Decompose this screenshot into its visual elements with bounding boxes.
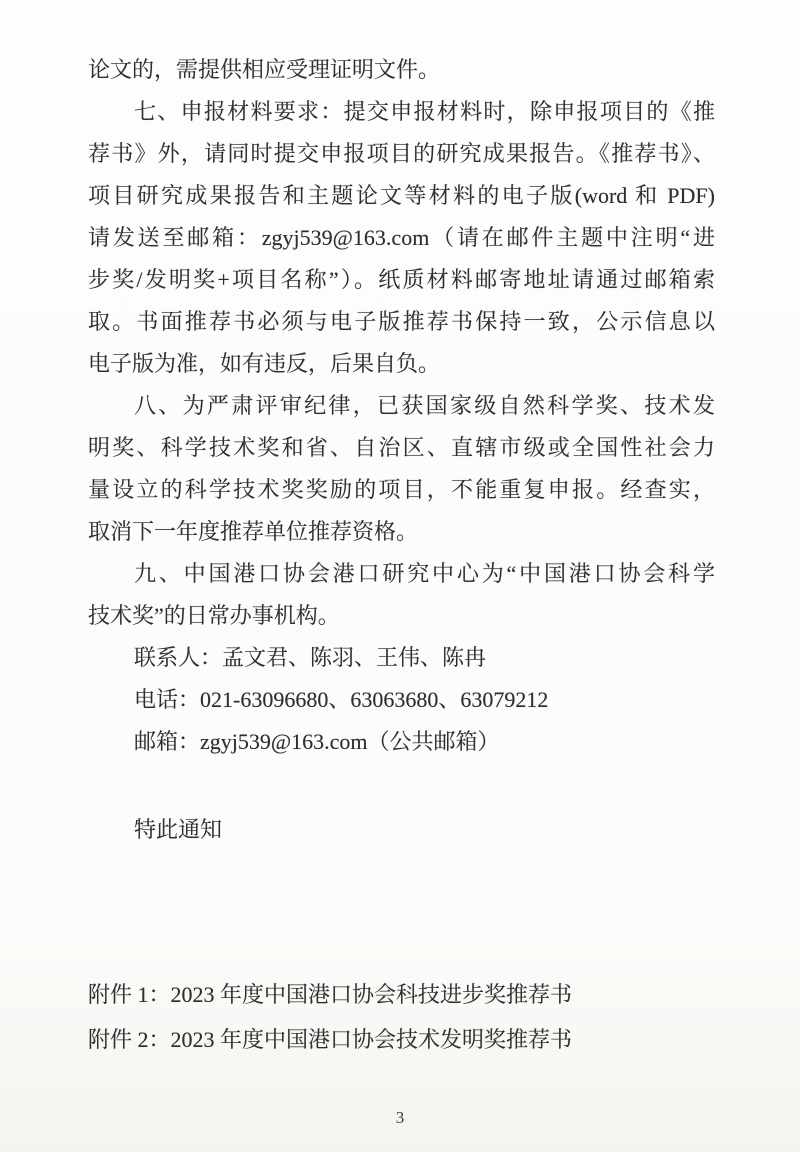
document-line: 论文的，需提供相应受理证明文件。: [88, 49, 715, 91]
document-line: 明奖、科学技术奖和省、自治区、直辖市级或全国性社会力: [88, 427, 715, 469]
document-line: 技术奖”的日常办事机构。: [88, 595, 715, 637]
document-line: 取。书面推荐书必须与电子版推荐书保持一致，公示信息以: [88, 301, 715, 343]
attachment-list: 附件 1：2023 年度中国港口协会科技进步奖推荐书附件 2：2023 年度中国…: [88, 972, 715, 1062]
document-line: 请发送至邮箱：zgyj539@163.com（请在邮件主题中注明“进: [88, 217, 715, 259]
document-line: 量设立的科学技术奖奖励的项目，不能重复申报。经查实，: [88, 469, 715, 511]
attachment-line: 附件 2：2023 年度中国港口协会技术发明奖推荐书: [88, 1017, 715, 1062]
page-number: 3: [0, 1108, 800, 1128]
document-body: 论文的，需提供相应受理证明文件。七、申报材料要求：提交申报材料时，除申报项目的《…: [88, 49, 715, 1062]
document-line: 电子版为准，如有违反，后果自负。: [88, 343, 715, 385]
closing-notice: 特此通知: [88, 809, 715, 851]
document-line: 九、中国港口协会港口研究中心为“中国港口协会科学: [88, 553, 715, 595]
document-line: 七、申报材料要求：提交申报材料时，除申报项目的《推: [88, 91, 715, 133]
document-line: 邮箱：zgyj539@163.com（公共邮箱）: [88, 721, 715, 763]
document-line: 电话：021-63096680、63063680、63079212: [88, 679, 715, 721]
attachment-line: 附件 1：2023 年度中国港口协会科技进步奖推荐书: [88, 972, 715, 1017]
document-paragraphs: 论文的，需提供相应受理证明文件。七、申报材料要求：提交申报材料时，除申报项目的《…: [88, 49, 715, 763]
document-line: 联系人：孟文君、陈羽、王伟、陈冉: [88, 637, 715, 679]
document-line: 荐书》外，请同时提交申报项目的研究成果报告。《推荐书》、: [88, 133, 715, 175]
document-line: 项目研究成果报告和主题论文等材料的电子版(word 和 PDF): [88, 175, 715, 217]
document-line: 八、为严肃评审纪律，已获国家级自然科学奖、技术发: [88, 385, 715, 427]
document-page: 论文的，需提供相应受理证明文件。七、申报材料要求：提交申报材料时，除申报项目的《…: [0, 0, 800, 1152]
document-line: 步奖/发明奖+项目名称”）。纸质材料邮寄地址请通过邮箱索: [88, 259, 715, 301]
document-line: 取消下一年度推荐单位推荐资格。: [88, 511, 715, 553]
